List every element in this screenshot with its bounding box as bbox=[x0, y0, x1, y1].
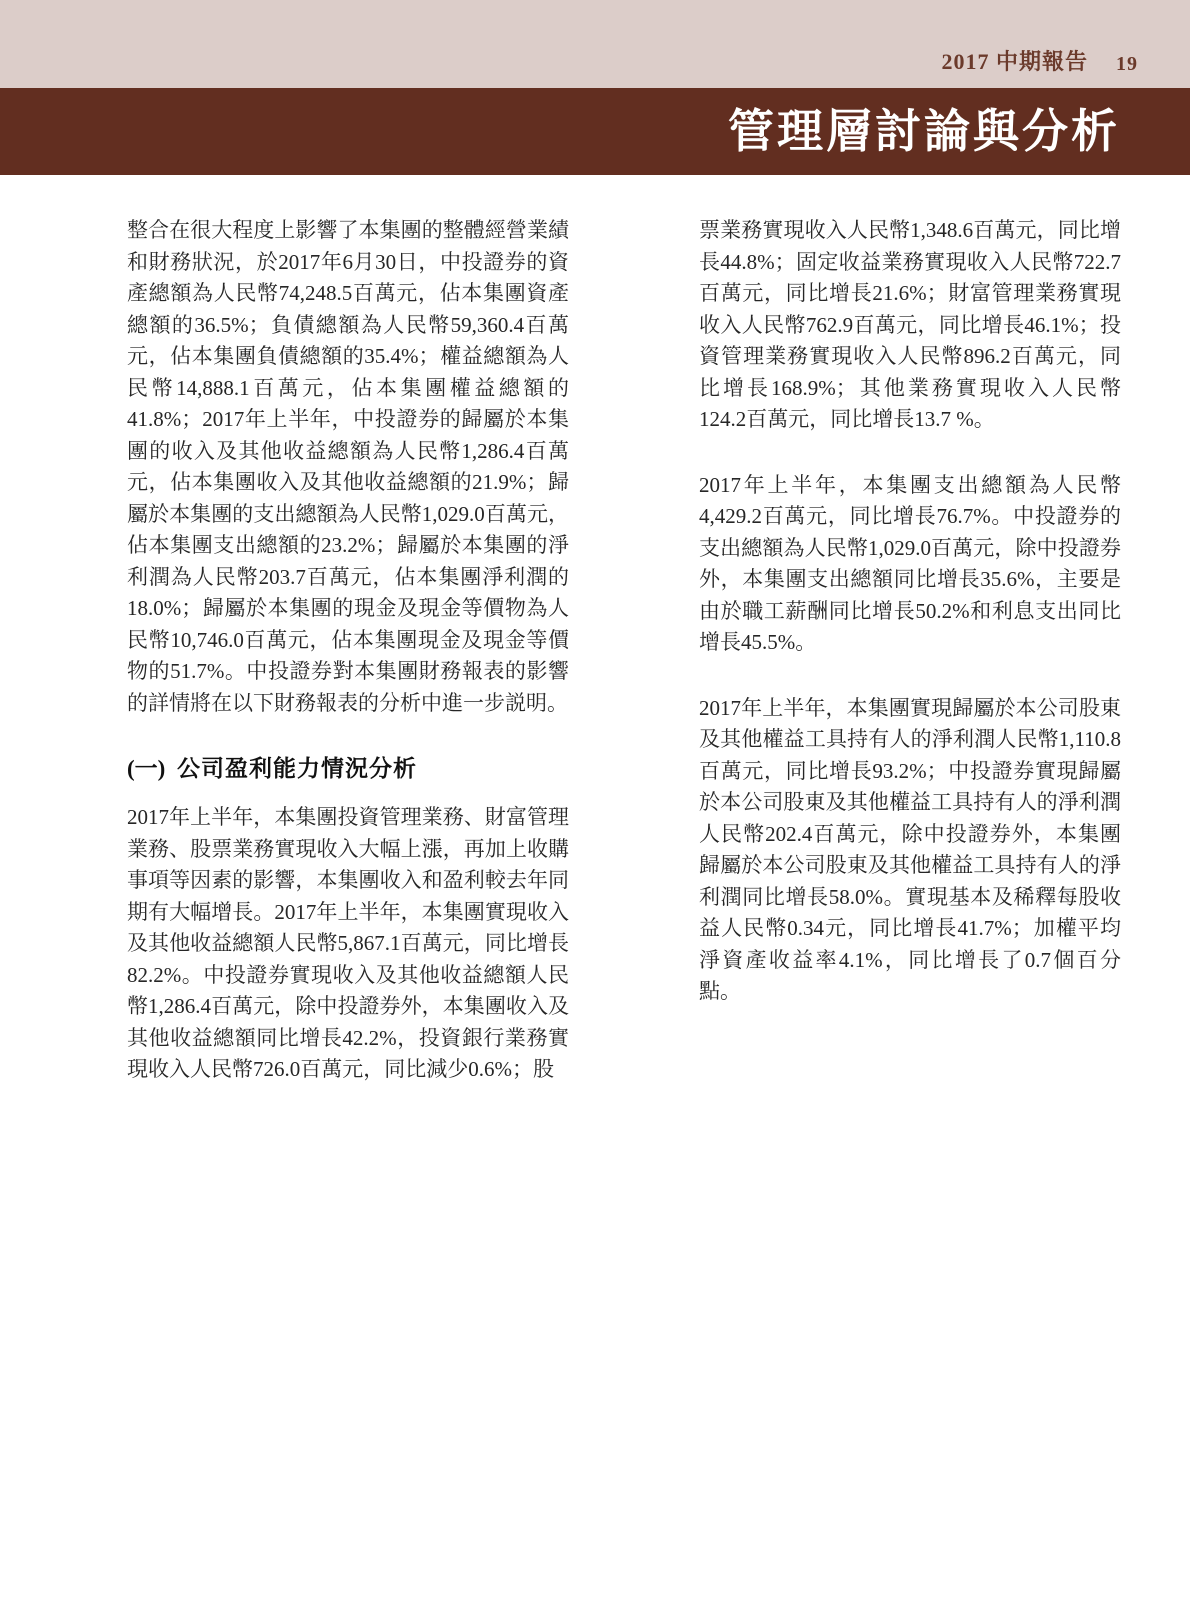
report-title: 2017 中期報告 bbox=[941, 45, 1088, 76]
page-title: 管理層討論與分析 bbox=[728, 109, 1120, 155]
body-paragraph: 票業務實現收入人民幣1,348.6百萬元，同比增長44.8%；固定收益業務實現收… bbox=[699, 215, 1121, 436]
section-banner: 管理層討論與分析 bbox=[0, 88, 1190, 175]
section-body-paragraph: 2017年上半年，本集團投資管理業務、財富管理業務、股票業務實現收入大幅上漲，再… bbox=[127, 802, 569, 1086]
body-paragraph: 2017年上半年，本集團支出總額為人民幣4,429.2百萬元，同比增長76.7%… bbox=[699, 470, 1121, 659]
report-page: 2017 中期報告 19 管理層討論與分析 整合在很大程度上影響了本集團的整體經… bbox=[0, 0, 1190, 1615]
section-title: 公司盈利能力情況分析 bbox=[177, 753, 569, 785]
left-column: 整合在很大程度上影響了本集團的整體經營業績和財務狀況，於2017年6月30日，中… bbox=[127, 215, 569, 1120]
page-number: 19 bbox=[1116, 53, 1138, 76]
section-heading: (一) 公司盈利能力情況分析 bbox=[127, 753, 569, 785]
section-number: (一) bbox=[127, 753, 177, 785]
body-paragraph: 2017年上半年，本集團實現歸屬於本公司股東及其他權益工具持有人的淨利潤人民幣1… bbox=[699, 693, 1121, 1008]
page-header-bar: 2017 中期報告 19 bbox=[0, 0, 1190, 88]
right-column: 票業務實現收入人民幣1,348.6百萬元，同比增長44.8%；固定收益業務實現收… bbox=[699, 215, 1121, 1042]
intro-paragraph: 整合在很大程度上影響了本集團的整體經營業績和財務狀況，於2017年6月30日，中… bbox=[127, 215, 569, 719]
